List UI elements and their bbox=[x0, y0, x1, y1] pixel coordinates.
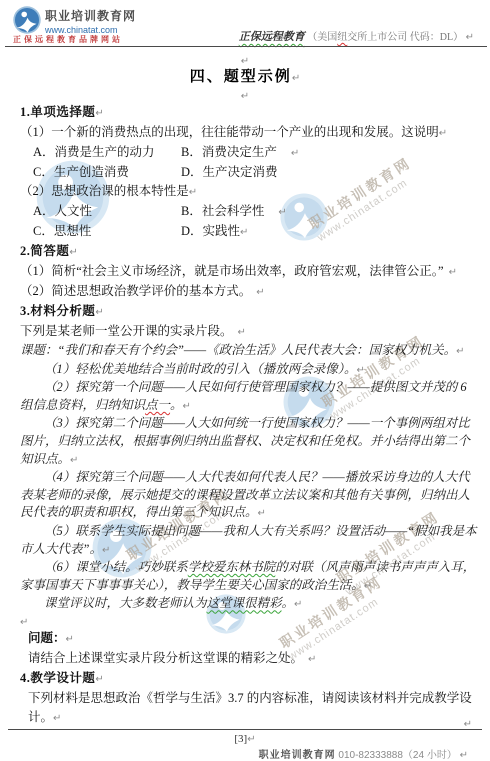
question-1-options-ab: A．消费是生产的动力B．消费决定生产↵ bbox=[20, 143, 480, 163]
paragraph-mark: ↵ bbox=[247, 734, 255, 745]
section-4-heading: 4.教学设计题↵ bbox=[20, 669, 480, 689]
paragraph-mark: ↵ bbox=[364, 581, 372, 592]
site-logo-icon bbox=[13, 6, 41, 34]
paragraph-mark: ↵ bbox=[291, 148, 299, 159]
document-body: 1.单项选择题↵ （1）一个新的消费热点的出现，往往能带动一个产业的出现和发展。… bbox=[20, 103, 480, 728]
paragraph-mark: ↵ bbox=[357, 365, 365, 376]
question-2-options-cd: C．思想性D．实践性↵ bbox=[20, 222, 480, 242]
page-title: 四、题型示例 bbox=[190, 69, 292, 85]
question-2-stem: （2）思想政治课的根本特性是↵ bbox=[20, 182, 480, 202]
material-intro: 下列是某老师一堂公开课的实录片段。↵ bbox=[20, 322, 480, 342]
paragraph-mark: ↵ bbox=[258, 508, 266, 519]
paragraph-mark: ↵ bbox=[189, 187, 197, 198]
logo-site-name: 职业培训教育网 bbox=[45, 7, 136, 24]
paragraph-mark: ↵ bbox=[95, 674, 104, 685]
paragraph-mark: ↵ bbox=[20, 617, 28, 628]
short-answer-item-2: （2）简述思想政治教学评价的基本方式。↵ bbox=[20, 282, 480, 302]
site-logo-text: 职业培训教育网 www.chinatat.com bbox=[45, 7, 136, 35]
section-1-heading: 1.单项选择题↵ bbox=[20, 103, 480, 123]
header-company-line: 正保远程教育 （美国纽交所上市公司 代码：DL） ↵ bbox=[239, 28, 474, 44]
lesson-step-5: （5）联系学生实际提出问题——我和人大有关系吗？设置活动——“假如我是本市人大代… bbox=[20, 523, 480, 559]
paragraph-mark: ↵ bbox=[241, 91, 249, 102]
paragraph-mark: ↵ bbox=[460, 750, 468, 761]
lesson-step-2: （2）探究第一个问题——人民如何行使管理国家权力？——提供图文并茂的 6 组信息… bbox=[20, 379, 480, 415]
footer-contact: 职业培训教育网 010-82333888（24 小时） ↵ bbox=[259, 746, 468, 761]
misspell-mark: 点一 bbox=[145, 398, 170, 412]
paragraph-mark: ↵ bbox=[456, 346, 464, 357]
paragraph-mark: ↵ bbox=[95, 307, 104, 318]
section-3-heading: 3.材料分析题↵ bbox=[20, 302, 480, 322]
paragraph-mark: ↵ bbox=[294, 599, 302, 610]
paragraph-mark: ↵ bbox=[95, 108, 104, 119]
paragraph-mark: ↵ bbox=[70, 455, 78, 466]
paragraph-mark: ↵ bbox=[238, 327, 246, 338]
option-a: A．消费是生产的动力 bbox=[33, 143, 181, 162]
paragraph-mark: ↵ bbox=[292, 73, 300, 84]
option-a: A．人文性 bbox=[33, 202, 181, 221]
question-1-options-cd: C．生产创造消费D．生产决定消费 bbox=[20, 163, 480, 182]
footer-divider bbox=[8, 729, 482, 730]
logo-tagline: 正保远程教育品牌网站 bbox=[13, 34, 123, 45]
option-c: C．生产创造消费 bbox=[33, 163, 181, 182]
analysis-question: 请结合上述课堂实录片段分析这堂课的精彩之处。↵ bbox=[20, 649, 480, 669]
option-b: B．社会科学性 bbox=[181, 204, 264, 218]
short-answer-item-1: （1）简析“社会主义市场经济，就是市场出效率，政府管宏观，法律管公正。”↵ bbox=[20, 262, 480, 282]
paragraph-mark: ↵ bbox=[256, 287, 264, 298]
paragraph-mark: ↵ bbox=[69, 247, 78, 258]
footer-site-name: 职业培训教育网 bbox=[259, 750, 336, 761]
lesson-step-1: （1）轻松优美地结合当前时政的引入（播放两会录像）。↵ bbox=[20, 361, 480, 380]
brand-name: 正保远程教育 bbox=[239, 31, 305, 43]
lesson-evaluation: 课堂评议时，大多数老师认为这堂课很精彩。↵ bbox=[20, 595, 480, 614]
option-c: C．思想性 bbox=[33, 222, 181, 241]
brand-note-misspell: 纽 bbox=[337, 32, 347, 43]
grammar-mark: 这堂课很精彩 bbox=[207, 596, 282, 610]
paragraph-mark: ↵ bbox=[240, 227, 248, 238]
paragraph-mark: ↵ bbox=[66, 634, 74, 645]
empty-paragraph: ↵ bbox=[20, 614, 480, 629]
lesson-step-3: （3）探究第二个问题——人大如何统一行使国家权力？——一个事例两组对比图片，归纳… bbox=[20, 415, 480, 469]
option-d: D．实践性 bbox=[181, 224, 240, 238]
option-b: B．消费决定生产 bbox=[181, 145, 277, 159]
paragraph-mark: ↵ bbox=[183, 401, 191, 412]
page-number: [3]↵ bbox=[0, 733, 490, 745]
paragraph-mark: ↵ bbox=[439, 128, 447, 139]
section-2-heading: 2.简答题↵ bbox=[20, 242, 480, 262]
paragraph-mark: ↵ bbox=[53, 713, 61, 724]
paragraph-mark: ↵ bbox=[241, 56, 249, 67]
footer-phone: 010-82333888（24 小时） bbox=[338, 750, 456, 761]
paragraph-mark: ↵ bbox=[278, 207, 286, 218]
question-1-stem: （1）一个新的消费热点的出现，往往能带动一个产业的出现和发展。这说明↵ bbox=[20, 123, 480, 143]
grammar-mark: 学校爱东林书院 bbox=[188, 560, 276, 574]
lesson-step-6: （6）课堂小结。巧妙联系学校爱东林书院的对联（风声雨声读书声声声入耳，家事国事天… bbox=[20, 559, 480, 595]
brand-note: （美国纽交所上市公司 代码：DL） bbox=[307, 32, 463, 43]
option-d: D．生产决定消费 bbox=[181, 165, 278, 179]
title-block: ↵ 四、题型示例↵ ↵ bbox=[0, 52, 490, 102]
paragraph-mark: ↵ bbox=[466, 32, 474, 43]
document-page: 职业培训教育网 www.chinatat.com 职业培训教育网 www.chi… bbox=[0, 0, 490, 761]
design-task-text: 下列材料是思想政治《哲学与生活》3.7 的内容标准，请阅读该材料并完成教学设计。… bbox=[20, 689, 480, 728]
lesson-step-4: （4）探究第三个问题——人大代表如何代表人民？——播放采访身边的人大代表某老师的… bbox=[20, 469, 480, 523]
question-2-options-ab: A．人文性B．社会科学性↵ bbox=[20, 202, 480, 222]
paragraph-mark: ↵ bbox=[308, 654, 316, 665]
paragraph-mark: ↵ bbox=[449, 267, 457, 278]
question-label: 问题：↵ bbox=[20, 629, 480, 649]
header-divider bbox=[5, 46, 487, 47]
lesson-topic: 课题：“我们和春天有个约会”——《政治生活》人民代表大会：国家权力机关。↵ bbox=[20, 342, 480, 361]
paragraph-mark: ↵ bbox=[102, 545, 110, 556]
